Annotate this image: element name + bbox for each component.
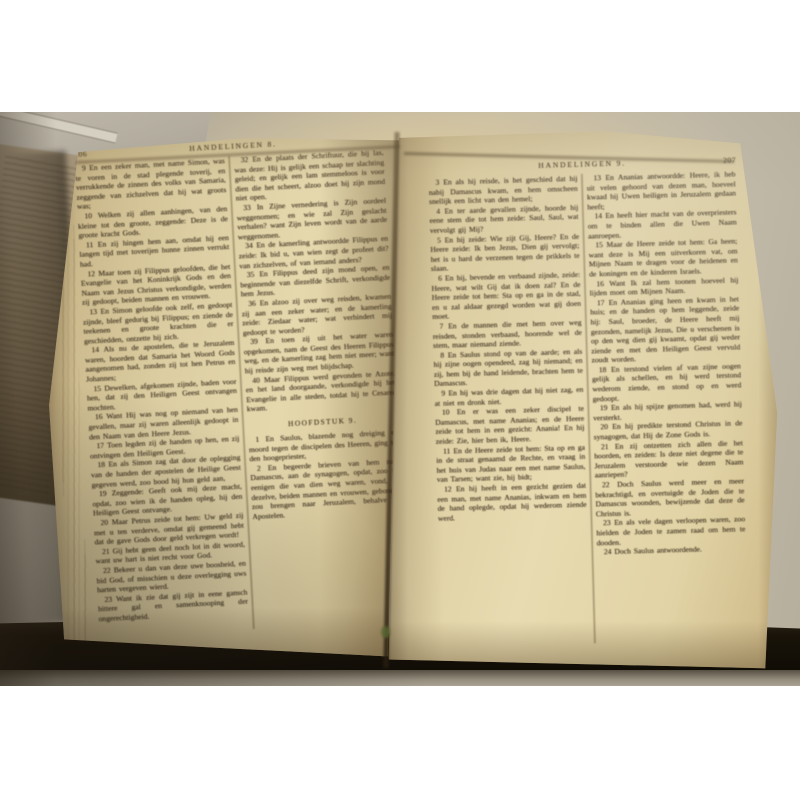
verse-paragraph: 1 En Saulus, blazende nog dreiging en mo… [248,427,399,464]
verse-paragraph: 39 En toen zij uit het water waren opgek… [243,330,395,376]
left-page-columns: 9 En een zeker man, met name Simon, was … [75,147,417,637]
verse-paragraph: 18 En als Simon zag dat door de opleggin… [90,453,241,490]
verse-paragraph: 17 En Ananias ging heen en kwam in het h… [590,294,741,365]
verse-paragraph: 10 En er was een zeker discipel te Damas… [435,404,585,447]
left-column2-top: 32 En de plaats der Schriftuur, die hij … [234,148,397,415]
verse-paragraph: 10 Welken zij allen aanhingen, van den k… [77,204,228,241]
verse-paragraph: 20 Maar Petrus zeide tot hem: Uw geld zi… [93,511,244,548]
verse-paragraph: 11 En zij hingen hem aan, omdat hij een … [79,233,230,270]
right-page-columns: 3 En als hij reisde, is het geschied dat… [428,169,749,647]
verse-paragraph: 18 En terstond vielen af van zijne oogen… [592,361,742,404]
verse-paragraph: 21 Gij hebt geen deel noch lot in dit wo… [95,539,246,566]
verse-paragraph: 23 En als vele dagen verloopen waren, zo… [596,515,746,548]
verse-paragraph: 3 En als hij reisde, is het geschied dat… [428,174,578,207]
verse-paragraph: 14 Als nu de apostelen, die te Jeruzalem… [84,338,236,384]
verse-paragraph: 15 Dewelken, afgekomen zijnde, baden voo… [86,376,237,413]
verse-paragraph: 22 Doch Saulus werd meer en meer bekrach… [595,476,745,519]
verse-paragraph: 16 Want Hij was nog op niemand van hen g… [88,405,239,442]
verse-paragraph: 23 Want ik zie dat gij zijt in eene gans… [97,587,248,624]
verse-paragraph: 19 En als hij spijze genomen had, werd h… [593,400,742,423]
column-rule [229,156,255,629]
verse-paragraph: 35 En Filippus deed zijn mond open, en b… [240,263,391,300]
verse-paragraph: 24 Doch Saulus antwoordende. [597,543,746,557]
gutter-speck [381,626,390,638]
verse-paragraph: 16 Want Ik zal hem toonen hoeveel hij li… [589,275,738,298]
left-page-content: 206 HANDELINGEN 8. 9 En een zeker man, m… [74,133,418,654]
verse-paragraph: 2 En begeerde brieven van hem naar Damas… [250,456,403,521]
verse-paragraph: 6 En hij, bevende en verbaasd zijnde, ze… [431,270,581,322]
verse-paragraph: 17 Toen legden zij de handen op hen, en … [89,434,240,461]
verse-paragraph: 12 Maar toen zij Filippus geloofden, die… [80,262,232,308]
verse-paragraph: 13 En Simon geloofde ook zelf, en gedoop… [82,300,234,346]
left-column2-bottom: 1 En Saulus, blazende nog dreiging en mo… [248,427,402,521]
verse-paragraph: 20 En hij predikte terstond Christus in … [593,419,742,442]
right-page-column-2: 13 En Ananias antwoordde: Heere, ik heb … [586,169,748,643]
verse-paragraph: 22 Bekeer u dan van deze uwe boosheid, e… [96,559,247,596]
verse-paragraph: 5 En hij zeide: Wie zijt Gij, Heere? En … [430,231,580,274]
left-page: 206 HANDELINGEN 8. 9 En een zeker man, m… [48,134,406,666]
verse-paragraph: 32 En de plaats der Schriftuur, die hij … [234,148,386,204]
column-rule [581,174,595,644]
verse-paragraph: 7 En de mannen die met hem over weg reis… [432,318,582,351]
book-photograph: 206 HANDELINGEN 8. 9 En een zeker man, m… [0,112,800,686]
table-surface [0,670,800,686]
verse-paragraph: 4 En ter aarde gevallen zijnde, hoorde h… [429,203,579,236]
verse-paragraph: 21 En zij ontzetten zich allen die het h… [594,438,744,481]
verse-paragraph: 33 In Zijne vernedering is Zijn oordeel … [236,196,388,242]
head-spacer [350,140,392,142]
verse-paragraph: 40 Maar Filippus werd gevonden te Azote,… [245,368,397,414]
left-page-column-1: 9 En een zeker man, met name Simon, was … [75,156,250,637]
verse-paragraph: 34 En de kamerling antwoordde Filippus e… [238,234,389,271]
verse-paragraph: 13 En Ananias antwoordde: Heere, ik heb … [586,169,736,212]
verse-paragraph: 15 Maar de Heere zeide tot hem: Ga heen;… [588,237,738,280]
verse-paragraph: 36 En alzoo zij over weg reisden, kwamen… [241,292,393,338]
right-page-column-1: 3 En als hij reisde, is het geschied dat… [428,174,590,648]
right-page: HANDELINGEN 9. 207 3 En als hij reisde, … [384,128,782,676]
verse-paragraph: 9 En een zeker man, met name Simon, was … [75,156,227,212]
verse-paragraph: 19 Zeggende: Geeft ook mij deze macht, o… [92,482,243,519]
verse-paragraph: 12 En hij heeft in een gezicht gezien da… [437,481,587,524]
verse-paragraph: 9 En hij was drie dagen dat hij niet zag… [434,385,583,408]
right-page-content: HANDELINGEN 9. 207 3 En als hij reisde, … [428,155,750,663]
verse-paragraph: 14 En heeft hier macht van de overpriest… [587,208,737,241]
verse-paragraph: 11 En de Heere zeide tot hem: Sta op en … [436,442,586,485]
verse-paragraph: 8 En Saulus stond op van de aarde; en al… [433,346,583,389]
chapter-heading: HOOFDSTUK 9. [247,413,397,430]
left-page-column-2: 32 En de plaats der Schriftuur, die hij … [234,148,409,629]
head-spacer [428,170,470,171]
